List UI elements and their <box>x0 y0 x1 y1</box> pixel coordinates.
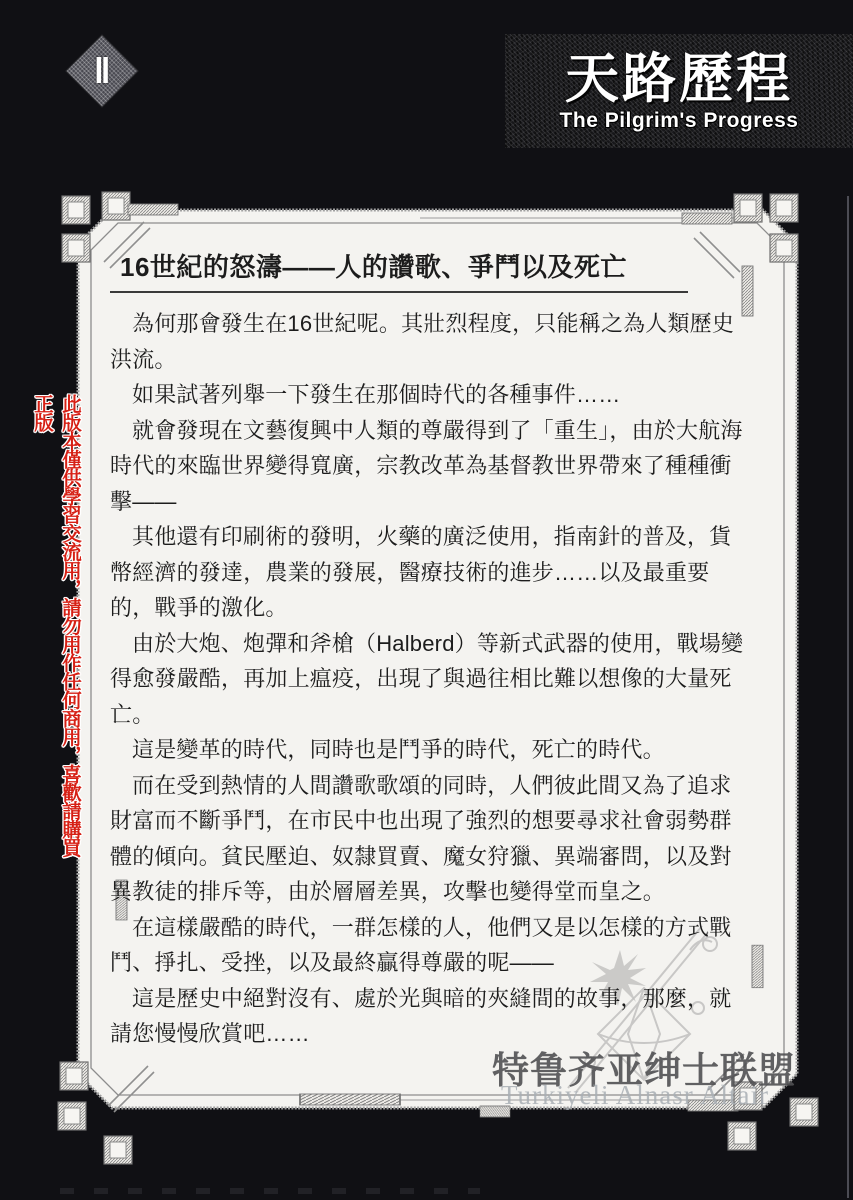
paragraph: 就會發現在文藝復興中人類的尊嚴得到了「重生」，由於大航海時代的來臨世界變得寬廣，… <box>110 413 746 520</box>
group-watermark-en: Turkiyeli Alnasr Altair <box>501 1080 769 1111</box>
paragraph: 在這樣嚴酷的時代，一群怎樣的人，他們又是以怎樣的方式戰鬥、掙扎、受挫，以及最終贏… <box>110 910 746 981</box>
paragraph: 為何那會發生在16世紀呢。其壯烈程度，只能稱之為人類歷史洪流。 <box>110 306 746 377</box>
disclaimer-vertical-text: 此版本僅供學習交流用，請勿用作任何商用，喜歡請購買正版 <box>28 394 84 874</box>
scan-artifact <box>60 1188 480 1194</box>
paragraph: 而在受到熱情的人間讚歌歌頌的同時，人們彼此間又為了追求財富而不斷爭鬥，在市民中也… <box>110 768 746 910</box>
chapter-number: Ⅱ <box>94 51 111 91</box>
paragraph: 這是變革的時代，同時也是鬥爭的時代，死亡的時代。 <box>110 732 746 768</box>
paragraph: 如果試著列舉一下發生在那個時代的各種事件…… <box>110 377 746 413</box>
series-title-en: The Pilgrim's Progress <box>560 109 799 133</box>
series-title-logo: 天路歷程 The Pilgrim's Progress <box>505 34 853 148</box>
series-title-cjk: 天路歷程 <box>565 50 793 108</box>
chapter-intro-text: 16世紀的怒濤——人的讚歌、爭鬥以及死亡 為何那會發生在16世紀呢。其壯烈程度，… <box>110 250 746 1052</box>
paragraph: 其他還有印刷術的發明，火藥的廣泛使用，指南針的普及，貨幣經濟的發達，農業的發展，… <box>110 519 746 626</box>
section-heading: 16世紀的怒濤——人的讚歌、爭鬥以及死亡 <box>110 250 688 293</box>
paragraph: 由於大炮、炮彈和斧槍（Halberd）等新式武器的使用，戰場變得愈發嚴酷，再加上… <box>110 626 746 733</box>
